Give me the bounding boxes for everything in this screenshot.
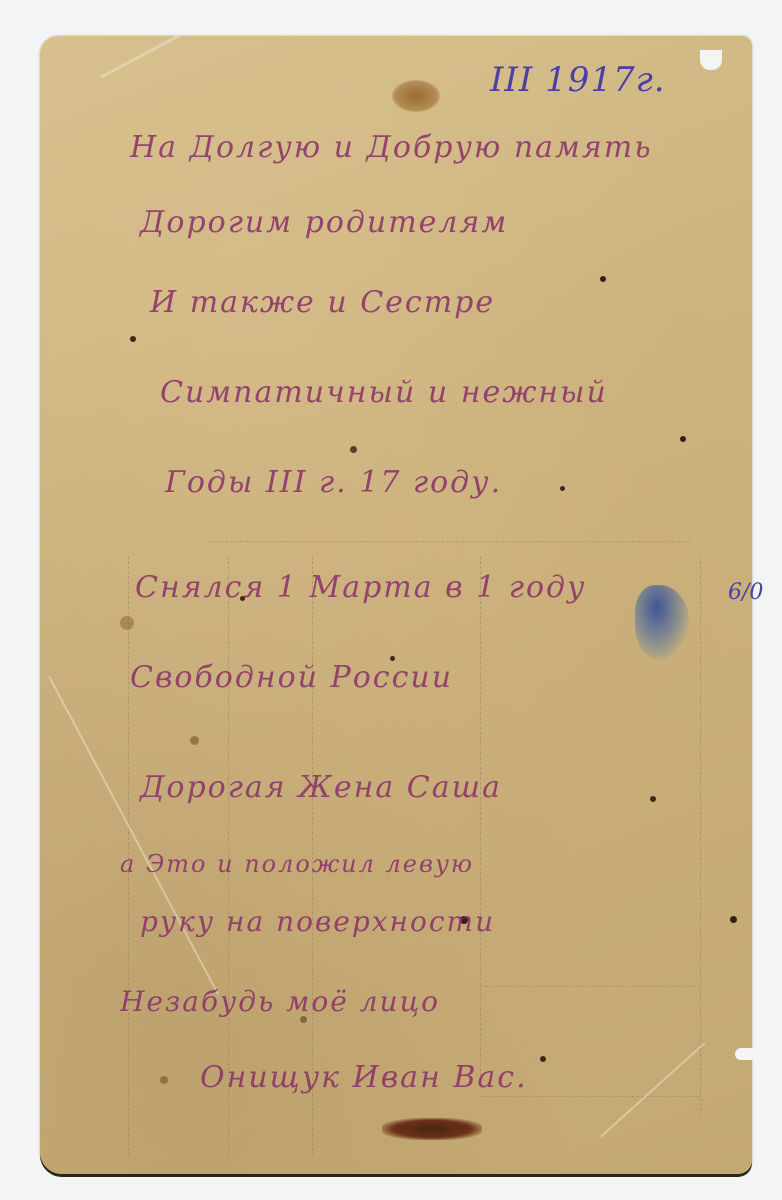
foxing-spot	[680, 436, 686, 442]
foxing-spot	[600, 276, 606, 282]
foxing-spot	[120, 616, 134, 630]
foxing-spot	[130, 336, 136, 342]
foxing-spot	[650, 796, 656, 802]
handwritten-line: Дорогим родителям	[140, 205, 508, 240]
handwritten-line: На Долгую и Добрую память	[130, 130, 653, 165]
printed-guide-line	[480, 986, 700, 987]
torn-corner	[700, 50, 722, 70]
handwritten-line: руку на поверхности	[140, 905, 495, 938]
handwritten-line: И также и Сестре	[150, 285, 495, 320]
handwritten-line: Свободной России	[130, 660, 453, 695]
foxing-spot	[190, 736, 199, 745]
water-stain	[392, 80, 440, 112]
foxing-spot	[160, 1076, 168, 1084]
handwritten-line: Симпатичный и нежный	[160, 375, 608, 410]
margin-annotation: 6/0	[728, 580, 763, 605]
handwritten-line: Годы III г. 17 году.	[165, 465, 502, 500]
handwritten-line: Незабудь моё лицо	[120, 985, 440, 1018]
printed-guide-line	[210, 541, 690, 542]
printed-guide-line	[480, 1096, 700, 1097]
foxing-spot	[350, 446, 357, 453]
printed-guide-line	[700, 556, 701, 1116]
signature: Онищук Иван Вас.	[200, 1060, 528, 1095]
paper-crease	[600, 1042, 705, 1137]
handwritten-line: Дорогая Жена Саша	[140, 770, 502, 805]
paper-crease	[48, 676, 219, 995]
handwritten-line: Снялся 1 Марта в 1 году	[135, 570, 586, 605]
paper-crease	[100, 36, 207, 79]
foxing-spot	[540, 1056, 546, 1062]
foxing-spot	[560, 486, 565, 491]
foxing-spot	[730, 916, 737, 923]
printed-guide-line	[480, 556, 481, 1076]
burn-stain	[382, 1118, 482, 1140]
handwritten-line: а Это и положил левую	[120, 850, 474, 878]
date-annotation: III 1917г.	[490, 60, 666, 100]
torn-edge	[735, 1048, 755, 1060]
